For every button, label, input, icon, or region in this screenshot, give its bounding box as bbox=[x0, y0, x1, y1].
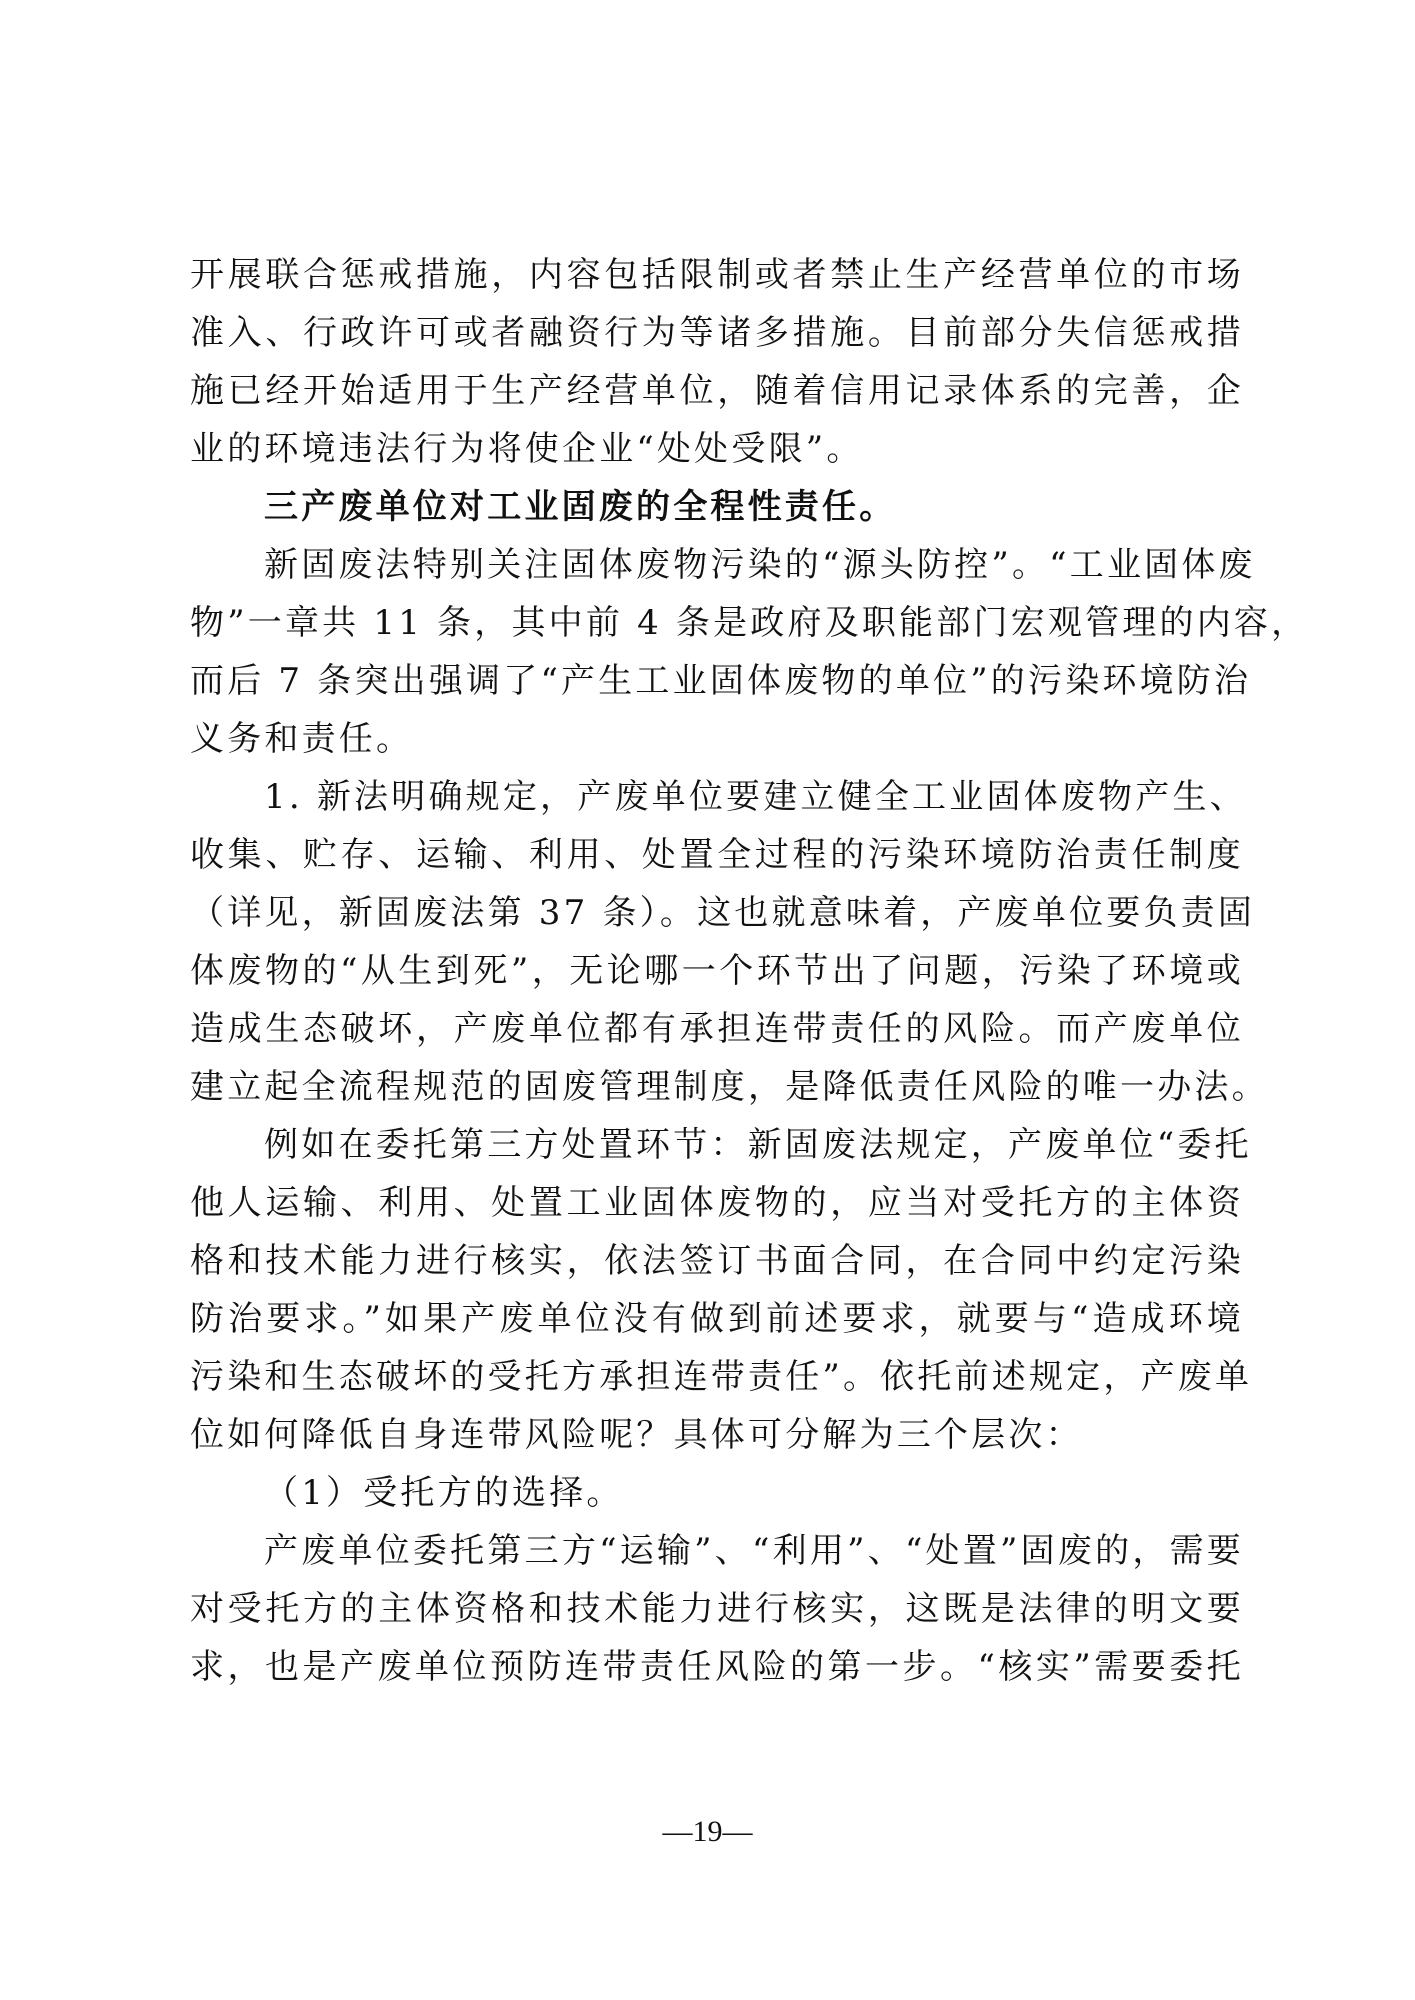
paragraph-line: 物”一章共 11 条，其中前 4 条是政府及职能部门宏观管理的内容， bbox=[190, 594, 1244, 652]
paragraph-line: 对受托方的主体资格和技术能力进行核实，这既是法律的明文要 bbox=[190, 1580, 1244, 1638]
paragraph-line: 例如在委托第三方处置环节：新固废法规定，产废单位“委托 bbox=[190, 1116, 1244, 1174]
paragraph-line: 造成生态破坏，产废单位都有承担连带责任的风险。而产废单位 bbox=[190, 1000, 1244, 1058]
paragraph-line: 污染和生态破坏的受托方承担连带责任”。依托前述规定，产废单 bbox=[190, 1348, 1244, 1406]
section-heading: 三产废单位对工业固废的全程性责任。 bbox=[190, 478, 1244, 536]
paragraph-line: 义务和责任。 bbox=[190, 710, 1244, 768]
page-number: —19— bbox=[0, 1815, 1415, 1849]
paragraph-line: 格和技术能力进行核实，依法签订书面合同，在合同中约定污染 bbox=[190, 1232, 1244, 1290]
paragraph-line: 建立起全流程规范的固废管理制度，是降低责任风险的唯一办法。 bbox=[190, 1058, 1244, 1116]
paragraph-line: 而后 7 条突出强调了“产生工业固体废物的单位”的污染环境防治 bbox=[190, 652, 1244, 710]
paragraph-line: 求，也是产废单位预防连带责任风险的第一步。“核实”需要委托 bbox=[190, 1638, 1244, 1696]
paragraph-line: 准入、行政许可或者融资行为等诸多措施。目前部分失信惩戒措 bbox=[190, 304, 1244, 362]
paragraph-line: （详见，新固废法第 37 条）。这也就意味着，产废单位要负责固 bbox=[190, 884, 1244, 942]
paragraph-line: 产废单位委托第三方“运输”、“利用”、“处置”固废的，需要 bbox=[190, 1522, 1244, 1580]
paragraph-line: 位如何降低自身连带风险呢？具体可分解为三个层次： bbox=[190, 1406, 1244, 1464]
document-body: 开展联合惩戒措施，内容包括限制或者禁止生产经营单位的市场 准入、行政许可或者融资… bbox=[190, 246, 1244, 1696]
paragraph-line: 新固废法特别关注固体废物污染的“源头防控”。“工业固体废 bbox=[190, 536, 1244, 594]
paragraph-line: 开展联合惩戒措施，内容包括限制或者禁止生产经营单位的市场 bbox=[190, 246, 1244, 304]
subsection-heading: （1）受托方的选择。 bbox=[190, 1464, 1244, 1522]
paragraph-line: 防治要求。”如果产废单位没有做到前述要求，就要与“造成环境 bbox=[190, 1290, 1244, 1348]
paragraph-line: 施已经开始适用于生产经营单位，随着信用记录体系的完善，企 bbox=[190, 362, 1244, 420]
paragraph-line: 体废物的“从生到死”，无论哪一个环节出了问题，污染了环境或 bbox=[190, 942, 1244, 1000]
paragraph-line: 收集、贮存、运输、利用、处置全过程的污染环境防治责任制度 bbox=[190, 826, 1244, 884]
paragraph-line: 业的环境违法行为将使企业“处处受限”。 bbox=[190, 420, 1244, 478]
paragraph-line: 1. 新法明确规定，产废单位要建立健全工业固体废物产生、 bbox=[190, 768, 1244, 826]
paragraph-line: 他人运输、利用、处置工业固体废物的，应当对受托方的主体资 bbox=[190, 1174, 1244, 1232]
